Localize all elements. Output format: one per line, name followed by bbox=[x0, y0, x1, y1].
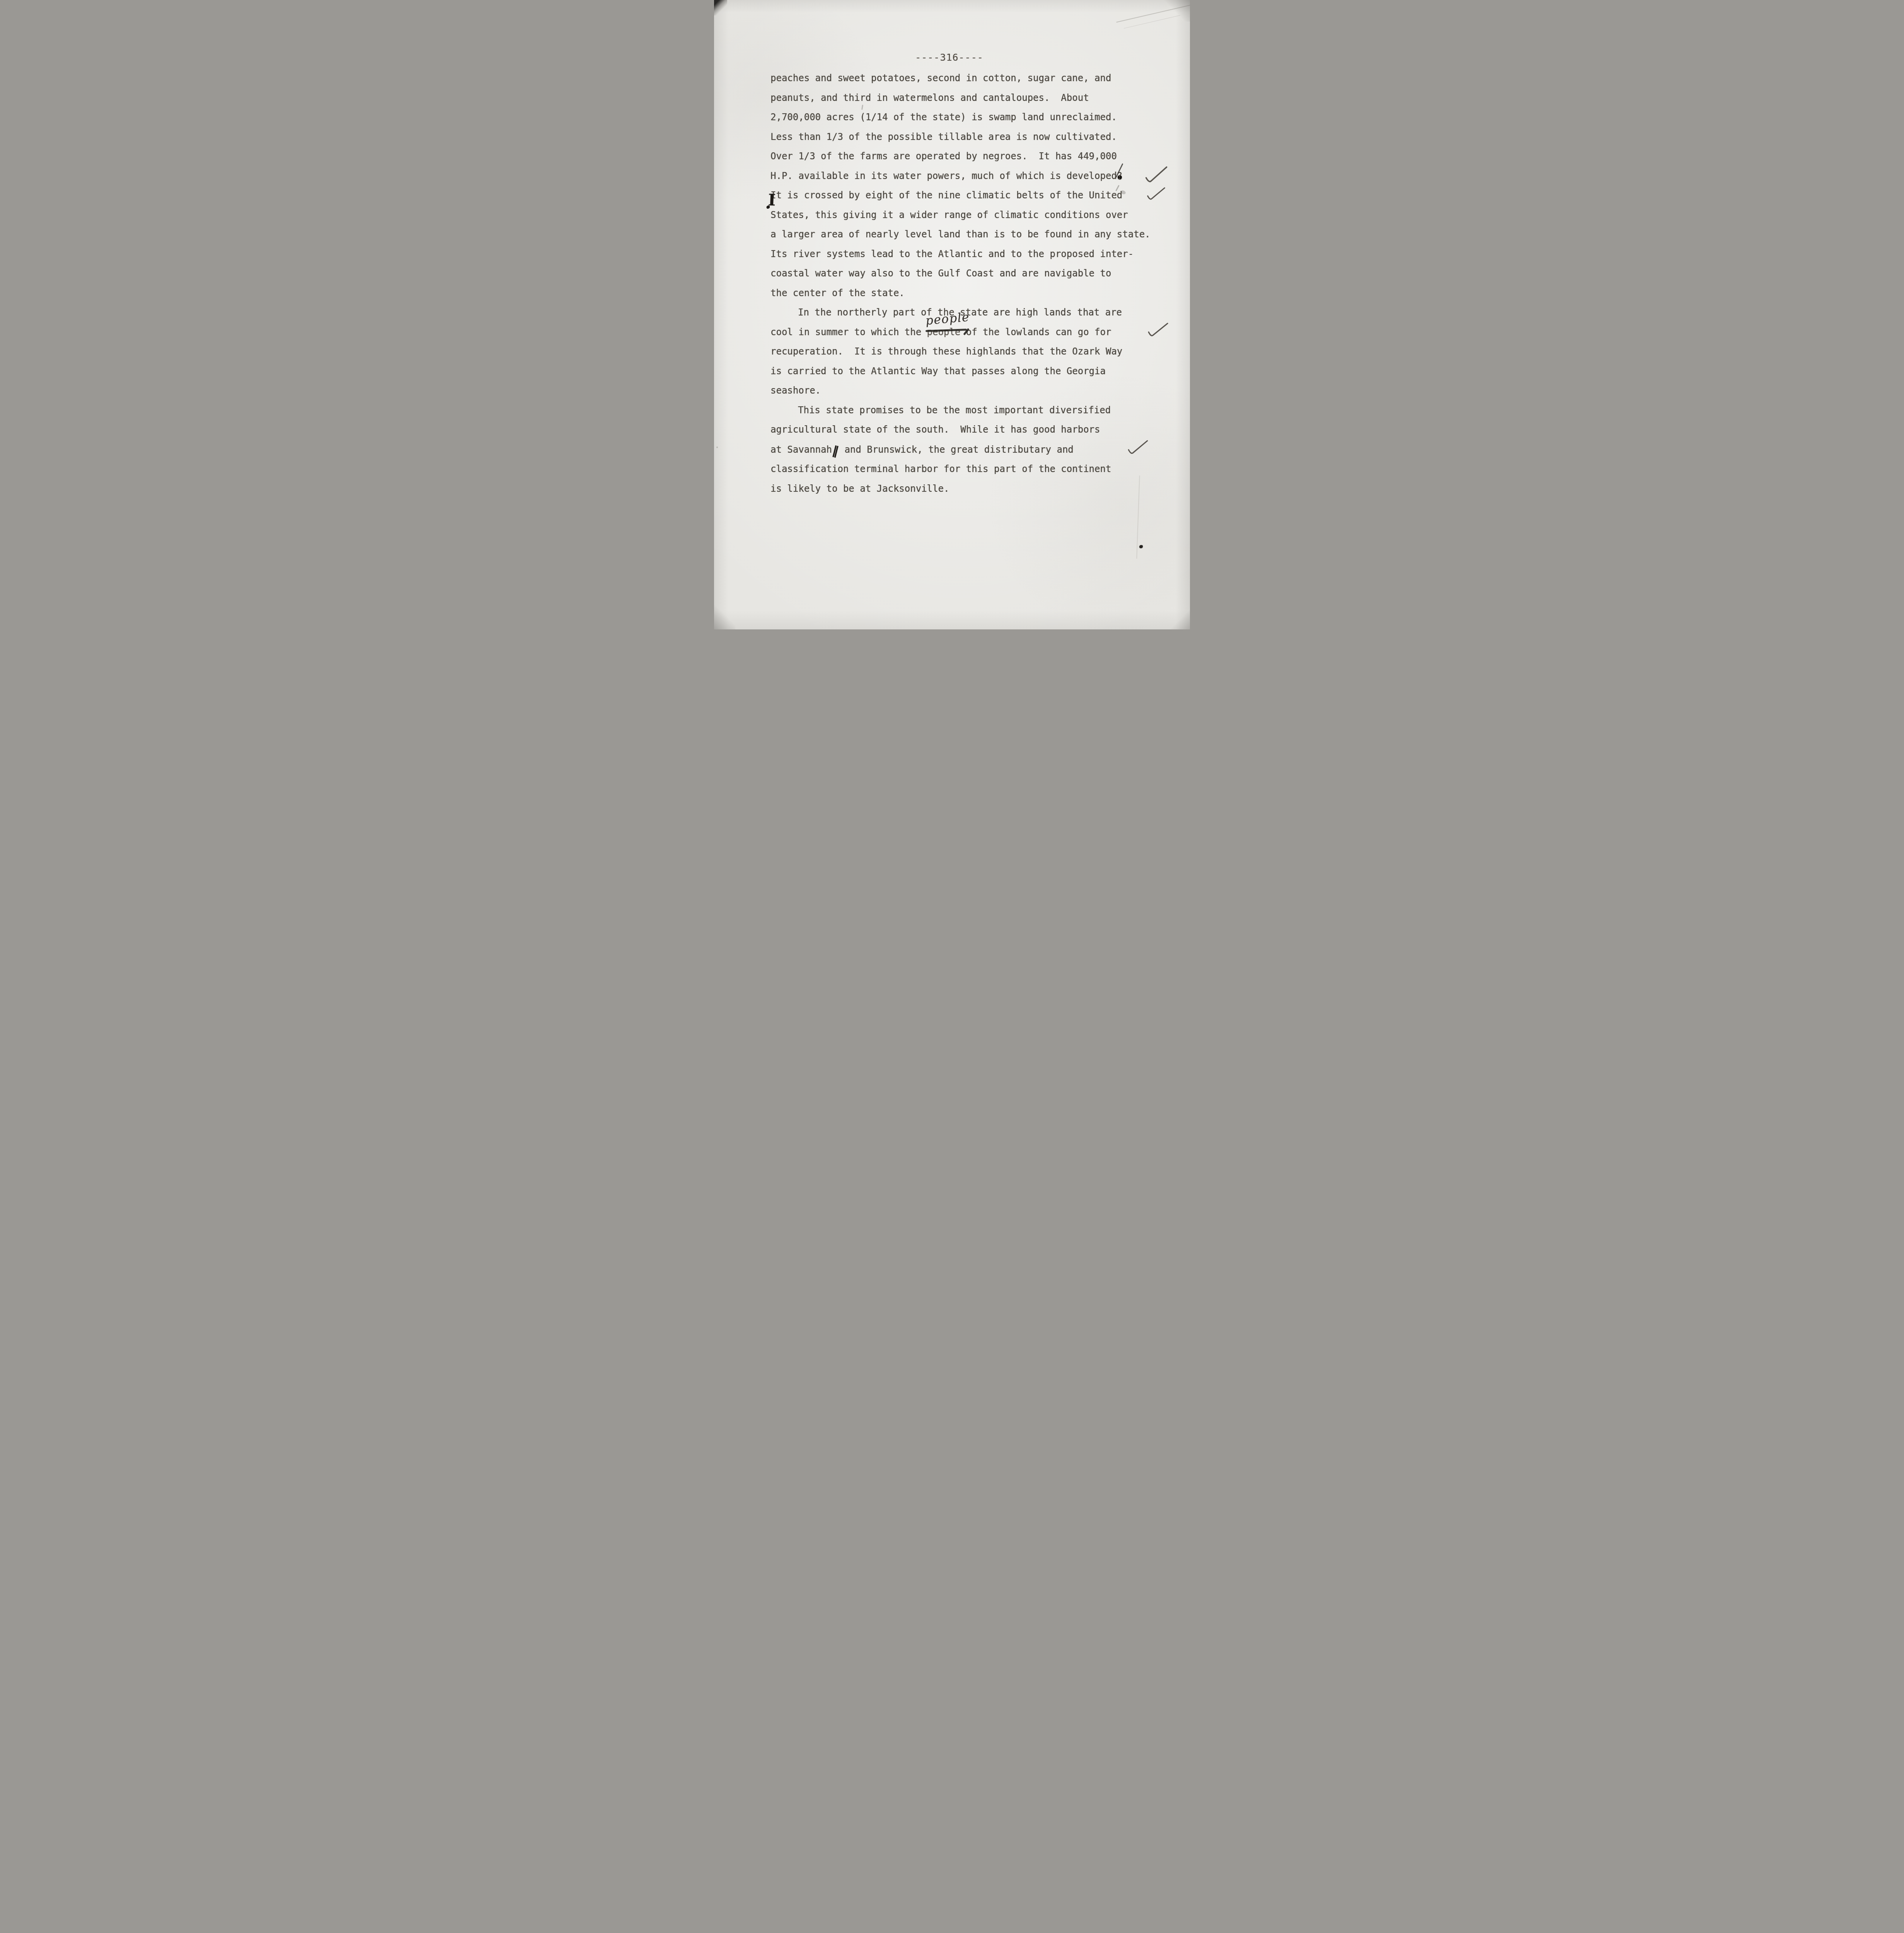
page-number: ----316---- bbox=[714, 52, 1185, 63]
typed-line: recuperation. It is through these highla… bbox=[770, 342, 1173, 361]
typed-segment: and Brunswick, the great distributary an… bbox=[839, 444, 1074, 455]
typed-line: 2,700,000 acres (1/14 of the state) is s… bbox=[770, 107, 1173, 127]
typed-line: the center of the state. bbox=[770, 283, 1173, 303]
typed-line: peanuts, and third in watermelons and ca… bbox=[770, 88, 1173, 108]
paper-crease bbox=[1124, 15, 1180, 29]
typed-line: classification terminal harbor for this … bbox=[770, 459, 1173, 479]
typed-line: peaches and sweet potatoes, second in co… bbox=[770, 68, 1173, 88]
ink-blot bbox=[1139, 545, 1143, 548]
handwritten-correction-word: people bbox=[925, 307, 970, 331]
typed-segment: at Savannah bbox=[770, 444, 832, 455]
typed-line: In the northerly part of the state are h… bbox=[770, 303, 1173, 322]
typed-line: agricultural state of the south. While i… bbox=[770, 420, 1173, 440]
typed-line: This state promises to be the most impor… bbox=[770, 401, 1173, 420]
margin-checkmark bbox=[1146, 186, 1167, 203]
typed-line: seashore. bbox=[770, 381, 1173, 401]
editor-correction: peoplepeople bbox=[927, 322, 961, 342]
typed-segment: of the lowlands can go for bbox=[960, 327, 1111, 338]
margin-checkmark bbox=[1127, 439, 1150, 457]
scanned-typewritten-page: ----316---- peaches and sweet potatoes, … bbox=[714, 0, 1190, 629]
handwritten-capital-overwrite: I bbox=[768, 192, 776, 208]
typed-line: is likely to be at Jacksonville. bbox=[770, 479, 1173, 499]
paper-speck bbox=[716, 447, 718, 448]
typed-line: cool in summer to which the peoplepeople… bbox=[770, 322, 1173, 342]
typed-line: is carried to the Atlantic Way that pass… bbox=[770, 361, 1173, 381]
typed-line: States, this giving it a wider range of … bbox=[770, 205, 1173, 225]
typed-line: a larger area of nearly level land than … bbox=[770, 225, 1173, 244]
margin-checkmark bbox=[1143, 166, 1170, 186]
scan-corner-shadow bbox=[1171, 611, 1190, 629]
typed-line: H.P. available in its water powers, much… bbox=[770, 166, 1173, 186]
typed-segment: H.P. available in its water powers, much… bbox=[770, 170, 1117, 181]
margin-checkmark bbox=[1147, 322, 1170, 339]
typed-line: Less than 1/3 of the possible tillable a… bbox=[770, 127, 1173, 147]
typed-line: Its river systems lead to the Atlantic a… bbox=[770, 244, 1173, 264]
scan-corner-shadow bbox=[714, 604, 735, 629]
scan-corner-shadow bbox=[714, 0, 727, 15]
typed-line: at Savannah∥ and Brunswick, the great di… bbox=[770, 440, 1173, 460]
typed-segment: cool in summer to which the bbox=[770, 327, 927, 338]
typed-text-block: peaches and sweet potatoes, second in co… bbox=[770, 68, 1173, 498]
typed-line: Over 1/3 of the farms are operated by ne… bbox=[770, 147, 1173, 166]
struck-question-mark: ? bbox=[1117, 166, 1122, 186]
typed-line: It is crossed by eight of the nine clima… bbox=[770, 186, 1173, 205]
typed-line: coastal water way also to the Gulf Coast… bbox=[770, 264, 1173, 283]
